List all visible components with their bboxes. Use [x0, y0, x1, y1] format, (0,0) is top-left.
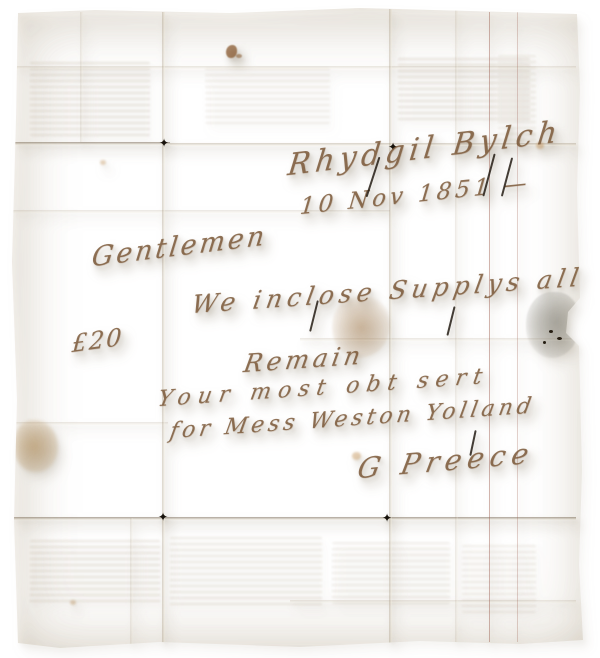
- black-retrace-stroke: [446, 306, 455, 336]
- ink-cross-mark: ✦: [159, 137, 169, 149]
- left-edge-stain: [14, 420, 58, 472]
- fold-line: [300, 338, 575, 341]
- seal-ink-speck: [543, 341, 546, 344]
- show-through-text: [462, 545, 536, 613]
- fold-line: [10, 142, 170, 145]
- seal-remnant: [526, 292, 580, 358]
- amount-note: £20: [71, 323, 124, 359]
- paper-sheet: ✦ ✦ ✦ ✦ Rhydgil Bylch 10 Nov 1851 — Gent…: [0, 0, 600, 658]
- ink-cross-mark: ✦: [158, 511, 168, 523]
- seal-ink-speck: [549, 330, 553, 333]
- fold-line: [8, 422, 168, 425]
- show-through-text: [30, 62, 150, 136]
- seal-ink-speck: [557, 337, 562, 340]
- salutation: Gentlemen: [90, 220, 269, 273]
- fold-line: [162, 12, 165, 646]
- fox-spot: [100, 160, 106, 165]
- signature: G Preece: [355, 436, 538, 485]
- show-through-text: [170, 537, 322, 607]
- body-line: We inclose Supplys all: [189, 262, 585, 319]
- ink-cross-mark: ✦: [382, 512, 392, 524]
- show-through-text: [205, 68, 330, 124]
- scan-background: ✦ ✦ ✦ ✦ Rhydgil Bylch 10 Nov 1851 — Gent…: [0, 0, 600, 658]
- ink-blot: [236, 54, 242, 58]
- show-through-text: [30, 540, 160, 606]
- show-through-text: [332, 542, 450, 604]
- fold-line: [10, 517, 576, 520]
- closing-remain: Remain: [241, 340, 366, 378]
- fox-spot: [70, 600, 76, 605]
- letter-paper: ✦ ✦ ✦ ✦ Rhydgil Bylch 10 Nov 1851 — Gent…: [0, 0, 600, 658]
